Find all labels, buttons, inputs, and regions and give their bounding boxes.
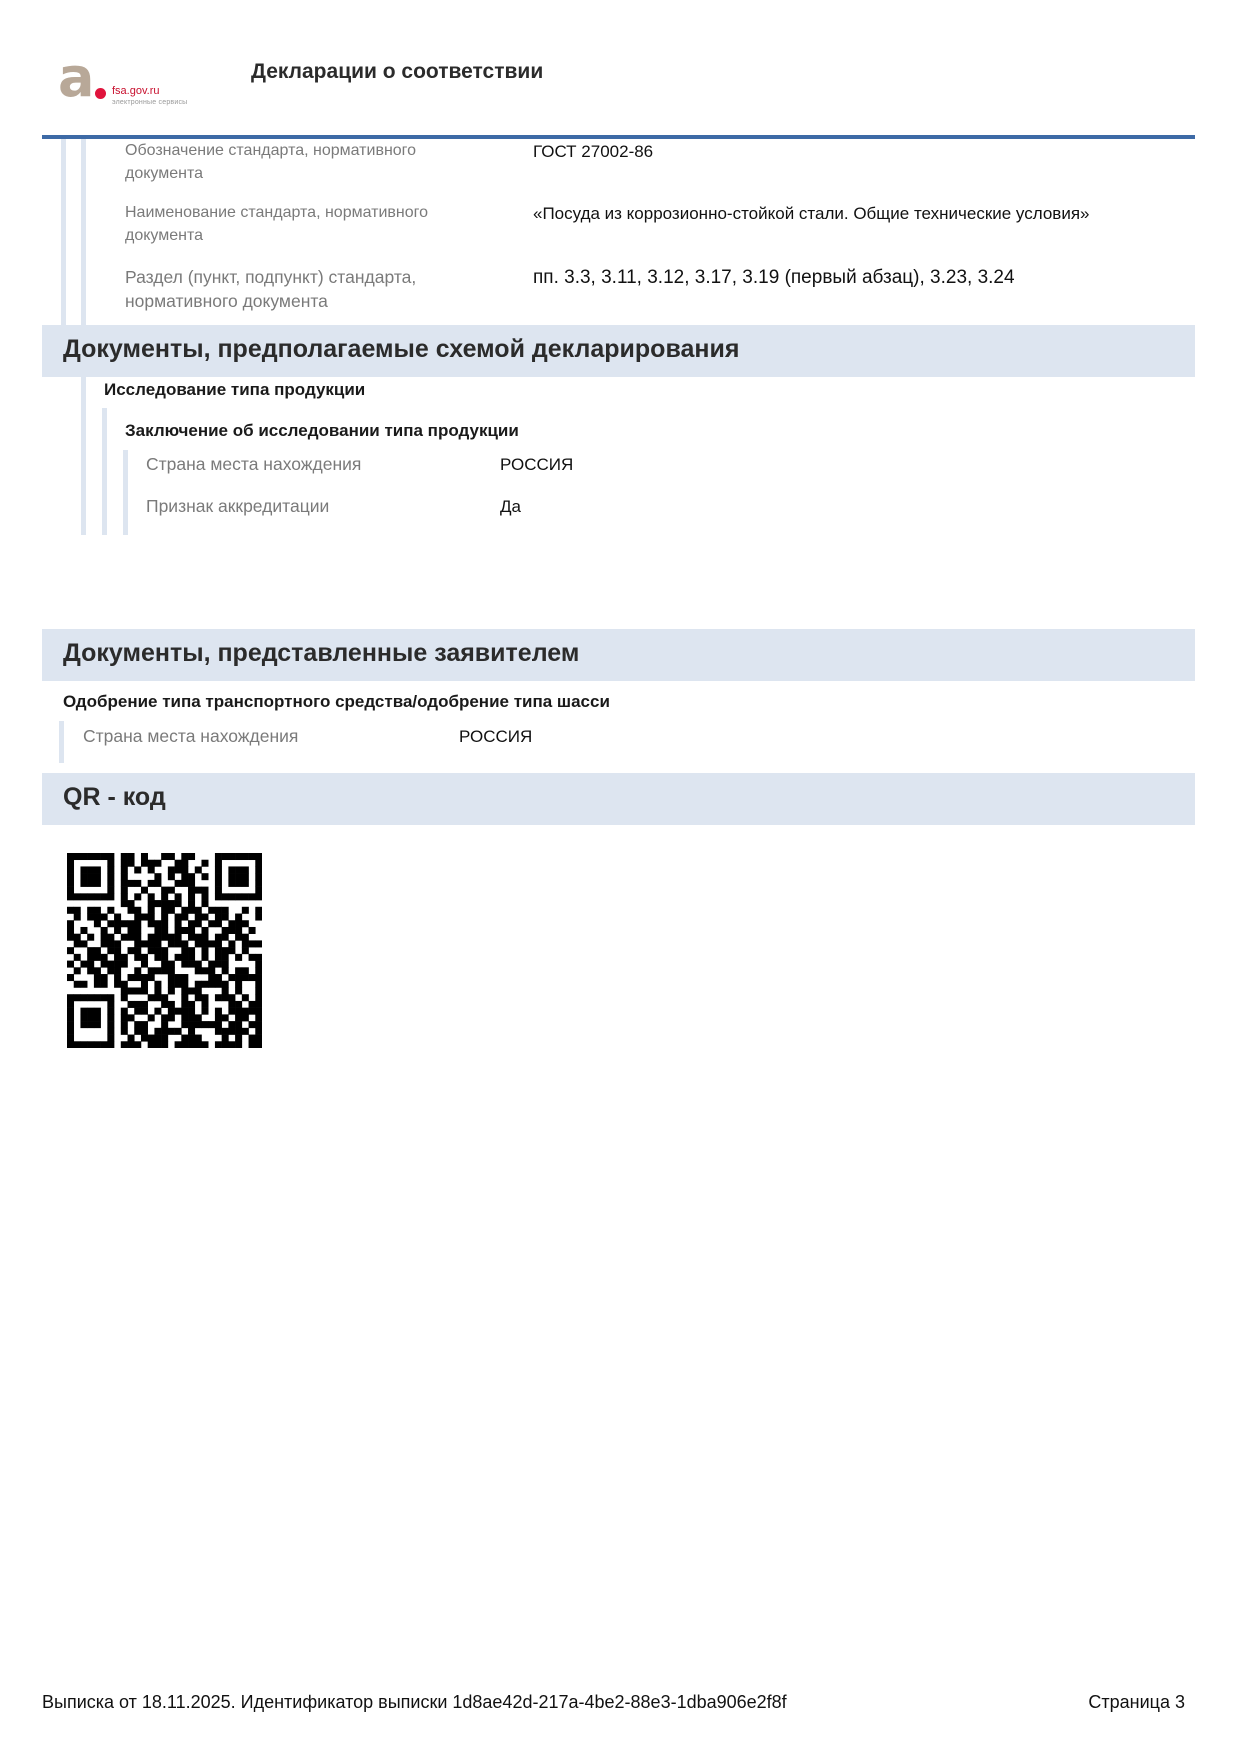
section-title: Документы, предполагаемые схемой деклари… bbox=[63, 335, 739, 364]
field-label: Страна места нахождения bbox=[83, 725, 298, 748]
logo-site-text: fsa.gov.ru bbox=[112, 85, 160, 97]
logo-a-icon: a bbox=[58, 58, 94, 98]
nesting-bar bbox=[123, 450, 128, 535]
qr-code bbox=[67, 853, 262, 1048]
section-header-scheme-docs: Документы, предполагаемые схемой деклари… bbox=[42, 325, 1195, 377]
section-title: QR - код bbox=[63, 783, 166, 812]
fsa-logo: a fsa.gov.ru электронные сервисы bbox=[58, 58, 208, 110]
group-title: Одобрение типа транспортного средства/од… bbox=[63, 692, 610, 712]
field-value: Да bbox=[500, 495, 521, 518]
nesting-bar bbox=[102, 408, 107, 535]
field-label: Страна места нахождения bbox=[146, 453, 361, 476]
group-title: Исследование типа продукции bbox=[104, 380, 365, 400]
field-value: ГОСТ 27002-86 bbox=[533, 140, 653, 163]
section-title: Документы, представленные заявителем bbox=[63, 639, 579, 668]
subgroup-title: Заключение об исследовании типа продукци… bbox=[125, 421, 519, 441]
field-value: РОССИЯ bbox=[500, 453, 573, 476]
logo-dot-icon bbox=[95, 88, 106, 99]
nesting-bar bbox=[81, 139, 86, 325]
document-title: Декларации о соответствии bbox=[251, 60, 543, 84]
field-value: РОССИЯ bbox=[459, 725, 532, 748]
page-number: Страница 3 bbox=[1088, 1692, 1185, 1713]
field-value: пп. 3.3, 3.11, 3.12, 3.17, 3.19 (первый … bbox=[533, 266, 1015, 289]
field-value: «Посуда из коррозионно-стойкой стали. Об… bbox=[533, 202, 1090, 225]
field-label: Обозначение стандарта, нормативногодокум… bbox=[125, 139, 416, 185]
field-label: Наименование стандарта, нормативногодоку… bbox=[125, 201, 428, 247]
section-header-qr: QR - код bbox=[42, 773, 1195, 825]
nesting-bar bbox=[81, 377, 86, 535]
section-header-applicant-docs: Документы, представленные заявителем bbox=[42, 629, 1195, 681]
nesting-bar bbox=[59, 721, 64, 763]
logo-subtitle: электронные сервисы bbox=[112, 99, 187, 106]
extract-info: Выписка от 18.11.2025. Идентификатор вып… bbox=[42, 1692, 787, 1713]
nesting-bar bbox=[61, 139, 66, 325]
field-label: Раздел (пункт, подпункт) стандарта,норма… bbox=[125, 265, 416, 313]
field-label: Признак аккредитации bbox=[146, 495, 329, 518]
